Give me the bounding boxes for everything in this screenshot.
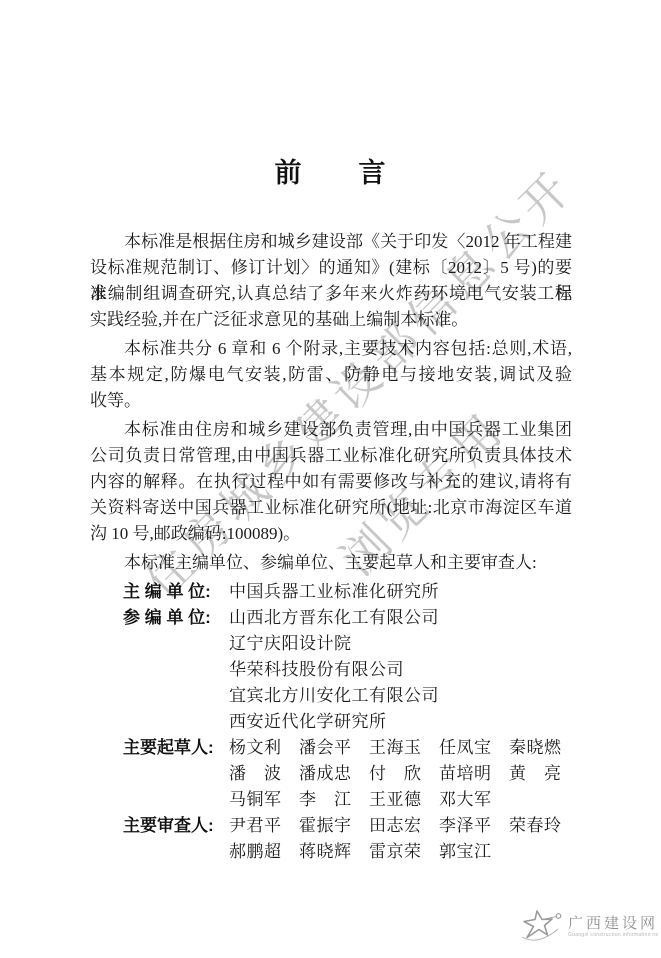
credit-row: 郝鹏超 蒋晓辉 雷京荣 郭宝江 (90, 839, 572, 865)
paragraph-line: 内容的解释。在执行过程中如有需要修改与补充的建议,请将有 (90, 469, 572, 495)
credit-row: 主要起草人:杨文利 潘会平 王海玉 任凤宝 秦晓燃 (90, 735, 572, 761)
document-page: 住房城乡建设部信息公开 浏览专用 前 言 本标准是根据住房和城乡建设部《关于印发… (0, 0, 661, 958)
credit-row: 华荣科技股份有限公司 (90, 657, 572, 683)
credit-label: 主要起草人: (123, 735, 229, 761)
credit-text: 郝鹏超 蒋晓辉 雷京荣 郭宝江 (229, 842, 492, 861)
site-logo: 广西建设网 Guangxi construction information n… (517, 906, 658, 948)
credit-text: 辽宁庆阳设计院 (229, 634, 352, 653)
credit-row: 西安近代化学研究所 (90, 709, 572, 735)
credit-row: 参 编 单 位:山西北方晋东化工有限公司 (90, 605, 572, 631)
credit-text: 宜宾北方川安化工有限公司 (229, 686, 439, 705)
credit-text: 山西北方晋东化工有限公司 (229, 608, 439, 627)
credit-text: 杨文利 潘会平 王海玉 任凤宝 秦晓燃 (229, 738, 562, 757)
paragraph-line: 本标准是根据住房和城乡建设部《关于印发〈2012 年工程建 (90, 229, 572, 255)
paragraph-line: 本标准由住房和城乡建设部负责管理,由中国兵器工业集团 (90, 417, 572, 443)
paragraph-line: 沟 10 号,邮政编码:100089)。 (90, 521, 572, 547)
credit-row: 宜宾北方川安化工有限公司 (90, 683, 572, 709)
logo-text-block: 广西建设网 Guangxi construction information n… (568, 915, 658, 939)
page-title: 前 言 (0, 157, 661, 189)
credit-row: 马铜军 李 江 王亚德 邓大军 (90, 787, 572, 813)
logo-tagline: Guangxi construction information network (568, 932, 658, 939)
preface-paragraphs: 本标准是根据住房和城乡建设部《关于印发〈2012 年工程建 设标准规范制订、修订… (90, 229, 572, 576)
star-icon (517, 906, 565, 948)
paragraph-line: 公司负责日常管理,由中国兵器工业标准化研究所负责具体技术 (90, 443, 572, 469)
credit-row: 主要审查人:尹君平 霍振宇 田志宏 李泽平 荣春玲 (90, 813, 572, 839)
credits-list: 主 编 单 位:中国兵器工业标准化研究所 参 编 单 位:山西北方晋东化工有限公… (90, 579, 572, 865)
credit-text: 华荣科技股份有限公司 (229, 660, 404, 679)
credit-text: 中国兵器工业标准化研究所 (229, 582, 439, 601)
credit-text: 西安近代化学研究所 (229, 712, 387, 731)
paragraph-line: 实践经验,并在广泛征求意见的基础上编制本标准。 (90, 307, 572, 333)
credit-row: 辽宁庆阳设计院 (90, 631, 572, 657)
paragraph-line: 准编制组调查研究,认真总结了多年来火炸药环境电气安装工程 (90, 281, 572, 307)
paragraph-line: 收等。 (90, 388, 572, 414)
paragraph-line: 关资料寄送中国兵器工业标准化研究所(地址:北京市海淀区车道 (90, 495, 572, 521)
credit-row: 潘 波 潘成忠 付 欣 苗培明 黄 亮 (90, 761, 572, 787)
paragraph-line: 本标准共分 6 章和 6 个附录,主要技术内容包括:总则,术语, (90, 336, 572, 362)
preface-body: 本标准是根据住房和城乡建设部《关于印发〈2012 年工程建 设标准规范制订、修订… (90, 229, 572, 865)
paragraph-line: 设标准规范制订、修订计划〉的通知》(建标〔2012〕5 号)的要求,标 (90, 255, 572, 281)
paragraph-line: 基本规定,防爆电气安装,防雷、防静电与接地安装,调试及验 (90, 362, 572, 388)
credit-text: 尹君平 霍振宇 田志宏 李泽平 荣春玲 (229, 816, 562, 835)
credit-label: 主 编 单 位: (123, 579, 229, 605)
credit-label: 参 编 单 位: (123, 605, 229, 631)
paragraph-line: 本标准主编单位、参编单位、主要起草人和主要审查人: (90, 550, 572, 576)
credit-label: 主要审查人: (123, 813, 229, 839)
credit-text: 马铜军 李 江 王亚德 邓大军 (229, 790, 492, 809)
credit-text: 潘 波 潘成忠 付 欣 苗培明 黄 亮 (229, 764, 562, 783)
logo-name: 广西建设网 (568, 915, 658, 932)
credit-row: 主 编 单 位:中国兵器工业标准化研究所 (90, 579, 572, 605)
